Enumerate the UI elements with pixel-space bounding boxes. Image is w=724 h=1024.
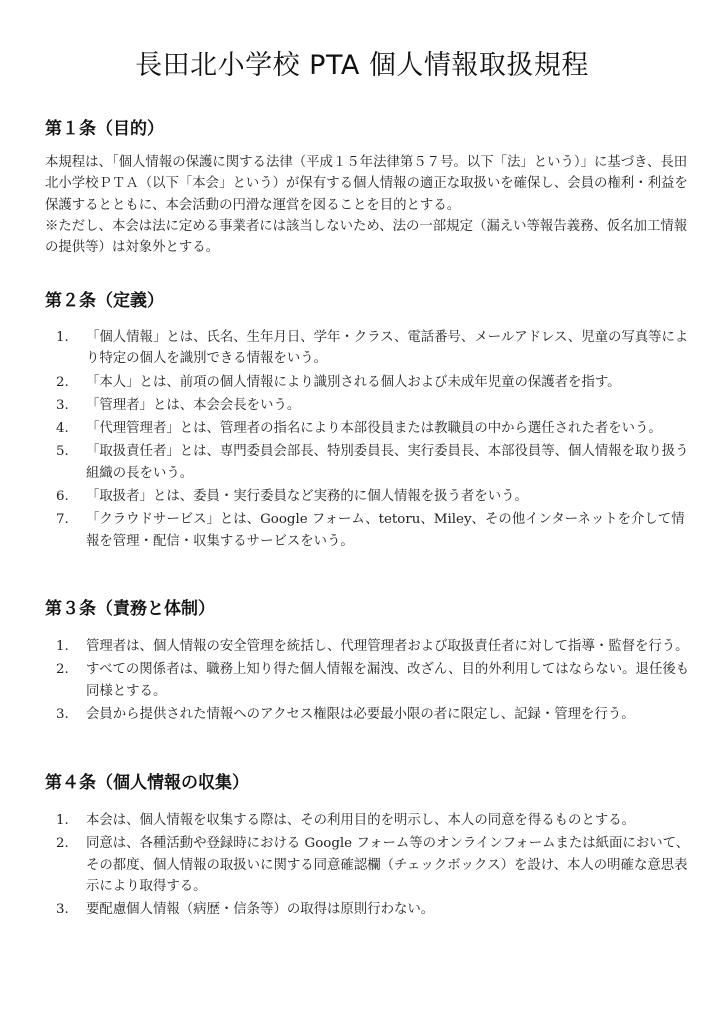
article-2-list: 1.「個人情報」とは、氏名、生年月日、学年・クラス、電話番号、メールアドレス、児… bbox=[56, 327, 691, 552]
list-item: 3.「管理者」とは、本会会長をいう。 bbox=[56, 395, 691, 416]
list-text: 「取扱者」とは、委員・実行委員など実務的に個人情報を扱う者をいう。 bbox=[86, 489, 528, 504]
list-item: 1.管理者は、個人情報の安全管理を統括し、代理管理者および取扱責任者に対して指導… bbox=[56, 636, 691, 657]
list-number: 3. bbox=[56, 899, 69, 920]
list-number: 4. bbox=[56, 418, 69, 439]
article-1-paragraph: 本規程は、「個人情報の保護に関する法律（平成１５年法律第５７号。以下「法」という… bbox=[45, 152, 690, 216]
article-4-list: 1.本会は、個人情報を収集する際は、その利用目的を明示し、本人の同意を得るものと… bbox=[56, 810, 691, 920]
list-item: 4.「代理管理者」とは、管理者の指名により本部役員または教職員の中から選任された… bbox=[56, 418, 691, 439]
article-3-heading: 第３条（責務と体制） bbox=[45, 597, 215, 621]
list-text: 「代理管理者」とは、管理者の指名により本部役員または教職員の中から選任された者を… bbox=[86, 421, 662, 436]
list-text: 会員から提供された情報へのアクセス権限は必要最小限の者に限定し、記録・管理を行う… bbox=[86, 707, 635, 722]
list-item: 3.要配慮個人情報（病歴・信条等）の取得は原則行わない。 bbox=[56, 899, 691, 920]
list-item: 3.会員から提供された情報へのアクセス権限は必要最小限の者に限定し、記録・管理を… bbox=[56, 704, 691, 725]
list-item: 5.「取扱責任者」とは、専門委員会部長、特別委員長、実行委員長、本部役員等、個人… bbox=[56, 441, 691, 484]
list-text: 要配慮個人情報（病歴・信条等）の取得は原則行わない。 bbox=[86, 902, 434, 917]
list-text: 「取扱責任者」とは、専門委員会部長、特別委員長、実行委員長、本部役員等、個人情報… bbox=[86, 444, 689, 480]
article-3-list: 1.管理者は、個人情報の安全管理を統括し、代理管理者および取扱責任者に対して指導… bbox=[56, 636, 691, 725]
list-text: 「管理者」とは、本会会長をいう。 bbox=[86, 398, 300, 413]
list-number: 3. bbox=[56, 395, 69, 416]
list-number: 7. bbox=[56, 509, 69, 530]
list-number: 2. bbox=[56, 372, 69, 393]
list-text: 同意は、各種活動や登録時における Google フォーム等のオンラインフォームま… bbox=[86, 836, 689, 894]
document-page: 長田北小学校 PTA 個人情報取扱規程 第１条（目的） 本規程は、「個人情報の保… bbox=[0, 0, 724, 1024]
list-item: 7.「クラウドサービス」とは、Google フォーム、tetoru、Miley、… bbox=[56, 509, 691, 552]
list-item: 1.「個人情報」とは、氏名、生年月日、学年・クラス、電話番号、メールアドレス、児… bbox=[56, 327, 691, 370]
list-number: 3. bbox=[56, 704, 69, 725]
article-4-heading: 第４条（個人情報の収集） bbox=[45, 771, 249, 795]
list-text: すべての関係者は、職務上知り得た個人情報を漏洩、改ざん、目的外利用してはならない… bbox=[86, 662, 689, 698]
list-text: 「クラウドサービス」とは、Google フォーム、tetoru、Miley、その… bbox=[86, 512, 685, 548]
list-number: 1. bbox=[56, 810, 69, 831]
list-text: 管理者は、個人情報の安全管理を統括し、代理管理者および取扱責任者に対して指導・監… bbox=[86, 639, 689, 654]
list-number: 1. bbox=[56, 327, 69, 348]
article-1-body: 本規程は、「個人情報の保護に関する法律（平成１５年法律第５７号。以下「法」という… bbox=[45, 152, 690, 258]
article-2-heading: 第２条（定義） bbox=[45, 289, 164, 313]
list-number: 6. bbox=[56, 486, 69, 507]
list-number: 1. bbox=[56, 636, 69, 657]
document-title: 長田北小学校 PTA 個人情報取扱規程 bbox=[0, 46, 724, 86]
list-item: 2.すべての関係者は、職務上知り得た個人情報を漏洩、改ざん、目的外利用してはなら… bbox=[56, 659, 691, 702]
list-text: 本会は、個人情報を収集する際は、その利用目的を明示し、本人の同意を得るものとする… bbox=[86, 813, 635, 828]
list-number: 2. bbox=[56, 659, 69, 680]
list-number: 5. bbox=[56, 441, 69, 462]
article-1-note: ※ただし、本会は法に定める事業者には該当しないため、法の一部規定（漏えい等報告義… bbox=[45, 216, 690, 259]
list-item: 2.「本人」とは、前項の個人情報により識別される個人および未成年児童の保護者を指… bbox=[56, 372, 691, 393]
list-text: 「個人情報」とは、氏名、生年月日、学年・クラス、電話番号、メールアドレス、児童の… bbox=[86, 330, 688, 366]
list-item: 1.本会は、個人情報を収集する際は、その利用目的を明示し、本人の同意を得るものと… bbox=[56, 810, 691, 831]
list-item: 2.同意は、各種活動や登録時における Google フォーム等のオンラインフォー… bbox=[56, 833, 691, 897]
list-number: 2. bbox=[56, 833, 69, 854]
list-text: 「本人」とは、前項の個人情報により識別される個人および未成年児童の保護者を指す。 bbox=[86, 375, 621, 390]
list-item: 6.「取扱者」とは、委員・実行委員など実務的に個人情報を扱う者をいう。 bbox=[56, 486, 691, 507]
article-1-heading: 第１条（目的） bbox=[45, 117, 164, 141]
